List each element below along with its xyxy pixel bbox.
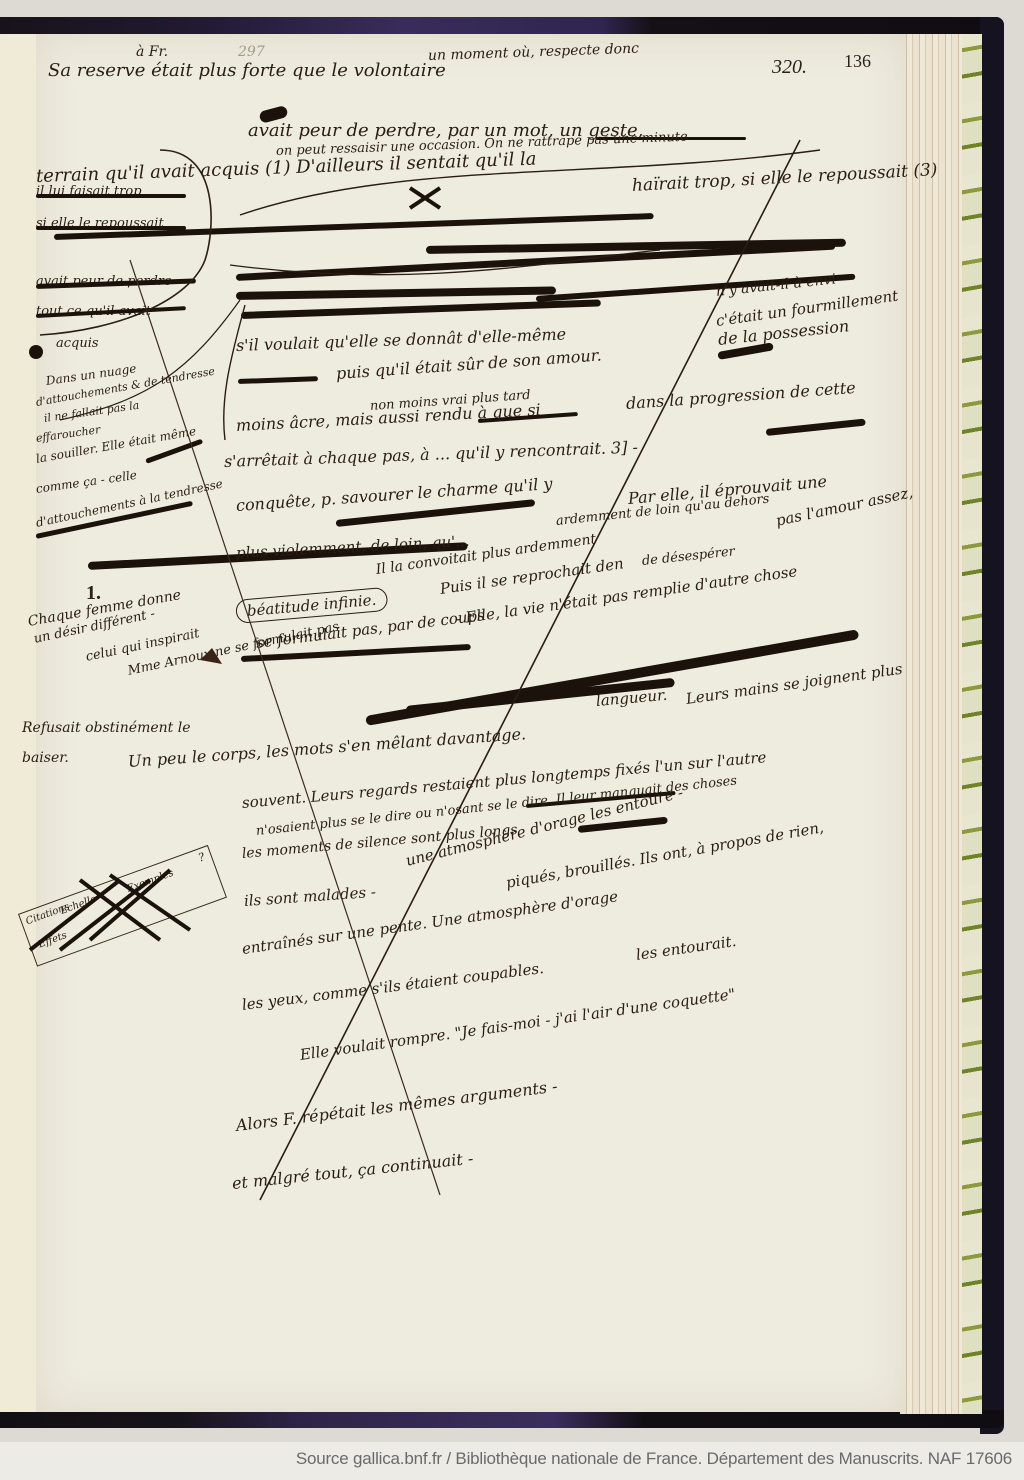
text-line: et malgré tout, ça continuait -	[231, 1149, 474, 1193]
margin-note: Refusait obstinément le	[22, 720, 191, 736]
margin-note: Effets	[37, 930, 68, 950]
strike-through	[241, 299, 601, 319]
margin-note: Echelle	[59, 894, 98, 917]
text-line: Sa reserve était plus forte que le volon…	[48, 60, 446, 81]
text-line: puis qu'il était sûr de son amour.	[335, 345, 602, 383]
text-line: ils sont malades -	[243, 883, 376, 910]
text-line: Leurs mains se joignent plus	[685, 660, 904, 708]
strike-through	[36, 226, 186, 230]
interlinear-note: à Fr.	[136, 44, 168, 60]
ink-page-number: 320.	[772, 56, 807, 79]
interlinear-note: de désespérer	[641, 544, 735, 569]
text-line: les entourait.	[635, 932, 738, 964]
boxed-note: Citations Echelle Effets Exemples ?	[18, 845, 227, 967]
text-line: les yeux, comme s'ils étaient coupables.	[241, 959, 545, 1014]
strike-through	[766, 419, 866, 436]
folio-number: 136	[844, 51, 871, 72]
pencil-number: 297	[238, 44, 265, 60]
text-line: dans la progression de cette	[625, 378, 856, 413]
margin-note: Exemples	[125, 868, 175, 895]
book-cover-right	[980, 17, 1004, 1434]
interlinear-note: un moment où, respecte donc	[428, 41, 639, 64]
source-caption: Source gallica.bnf.fr / Bibliothèque nat…	[296, 1449, 1012, 1469]
book-cover-bottom	[0, 1410, 1004, 1428]
manuscript-page: Sa reserve était plus forte que le volon…	[36, 34, 906, 1412]
book-cover-top	[0, 17, 1004, 35]
margin-note: ?	[197, 850, 207, 864]
text-line: s'arrêtait à chaque pas, à ... qu'il y r…	[224, 438, 639, 471]
margin-note: acquis	[56, 336, 99, 351]
interlinear-note: n'y avait-il à envi	[715, 271, 837, 300]
strike-through	[236, 286, 556, 300]
page-edges	[900, 34, 962, 1414]
marbled-endpaper	[962, 34, 982, 1414]
margin-note: comme ça - celle	[35, 468, 138, 496]
strike-through	[36, 194, 186, 198]
strike-through	[238, 376, 318, 384]
margin-note: baiser.	[22, 750, 69, 766]
text-line: haïrait trop, si elle le repoussait (3)	[631, 160, 937, 196]
text-line: Alors F. répétait les mêmes arguments -	[235, 1077, 559, 1135]
circled-phrase: béatitude infinie.	[235, 587, 388, 624]
